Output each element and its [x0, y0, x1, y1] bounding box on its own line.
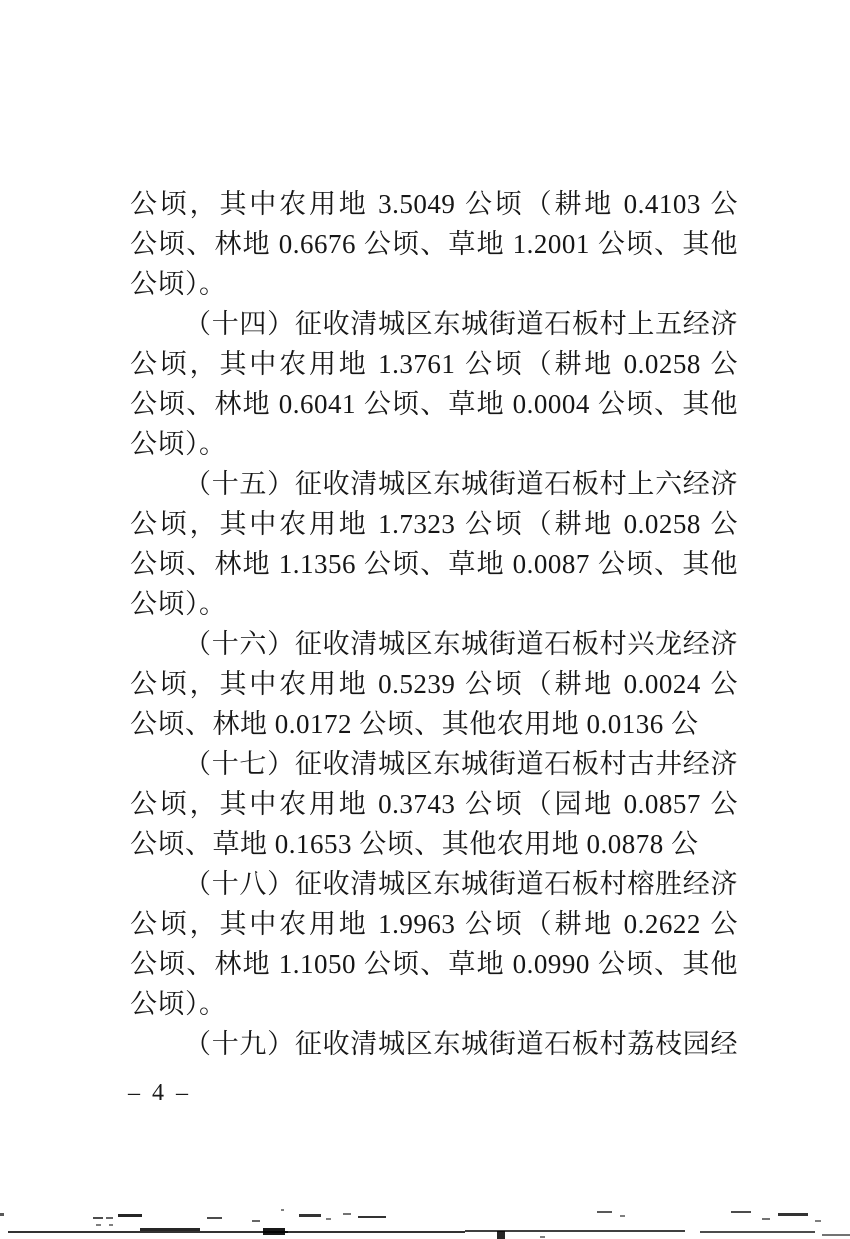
text-line: 公顷，其中农用地 0.5239 公顷（耕地 0.0024 公顷、园地 0.490… [130, 664, 738, 704]
text-line: （十四）征收清城区东城街道石板村上五经济合作社 1.3761 [130, 304, 738, 344]
text-line: （十七）征收清城区东城街道石板村古井经济合作社 0.3743 [130, 744, 738, 784]
text-line: 公顷、林地 0.6676 公顷、草地 1.2001 公顷、其他农用地 0.164… [130, 224, 738, 264]
text-line: 公顷、林地 0.0172 公顷、其他农用地 0.0136 公顷）。 [130, 704, 738, 744]
text-line: 公顷、林地 1.1050 公顷、草地 0.0990 公顷、其他农用地 0.061… [130, 944, 738, 984]
text-line: （十九）征收清城区东城街道石板村荔枝园经济合作社 [130, 1024, 738, 1064]
text-line: 公顷）。 [130, 584, 738, 624]
scanned-document-page: 公顷，其中农用地 3.5049 公顷（耕地 0.4103 公顷、园地 1.062… [0, 0, 850, 1239]
text-line: （十五）征收清城区东城街道石板村上六经济合作社 1.7323 [130, 464, 738, 504]
text-line: 公顷、林地 0.6041 公顷、草地 0.0004 公顷、其他农用地 0.378… [130, 384, 738, 424]
text-line: 公顷）。 [130, 984, 738, 1024]
text-line: 公顷，其中农用地 1.7323 公顷（耕地 0.0258 公顷、园地 0.208… [130, 504, 738, 544]
document-body: 公顷，其中农用地 3.5049 公顷（耕地 0.4103 公顷、园地 1.062… [130, 184, 738, 1064]
text-line: 公顷、草地 0.1653 公顷、其他农用地 0.0878 公顷）。 [130, 824, 738, 864]
text-line: （十六）征收清城区东城街道石板村兴龙经济合作社 0.5239 [130, 624, 738, 664]
text-line: 公顷、林地 1.1356 公顷、草地 0.0087 公顷、其他农用地 0.353… [130, 544, 738, 584]
text-line: 公顷，其中农用地 1.9963 公顷（耕地 0.2622 公顷、园地 0.468… [130, 904, 738, 944]
text-line: 公顷，其中农用地 3.5049 公顷（耕地 0.4103 公顷、园地 1.062… [130, 184, 738, 224]
text-line: 公顷）。 [130, 424, 738, 464]
page-number: – 4 – [128, 1080, 191, 1107]
text-line: （十八）征收清城区东城街道石板村榕胜经济合作社 1.9963 [130, 864, 738, 904]
text-line: 公顷，其中农用地 1.3761 公顷（耕地 0.0258 公顷、园地 0.367… [130, 344, 738, 384]
text-line: 公顷）。 [130, 264, 738, 304]
text-line: 公顷，其中农用地 0.3743 公顷（园地 0.0857 公顷、林地 0.035… [130, 784, 738, 824]
